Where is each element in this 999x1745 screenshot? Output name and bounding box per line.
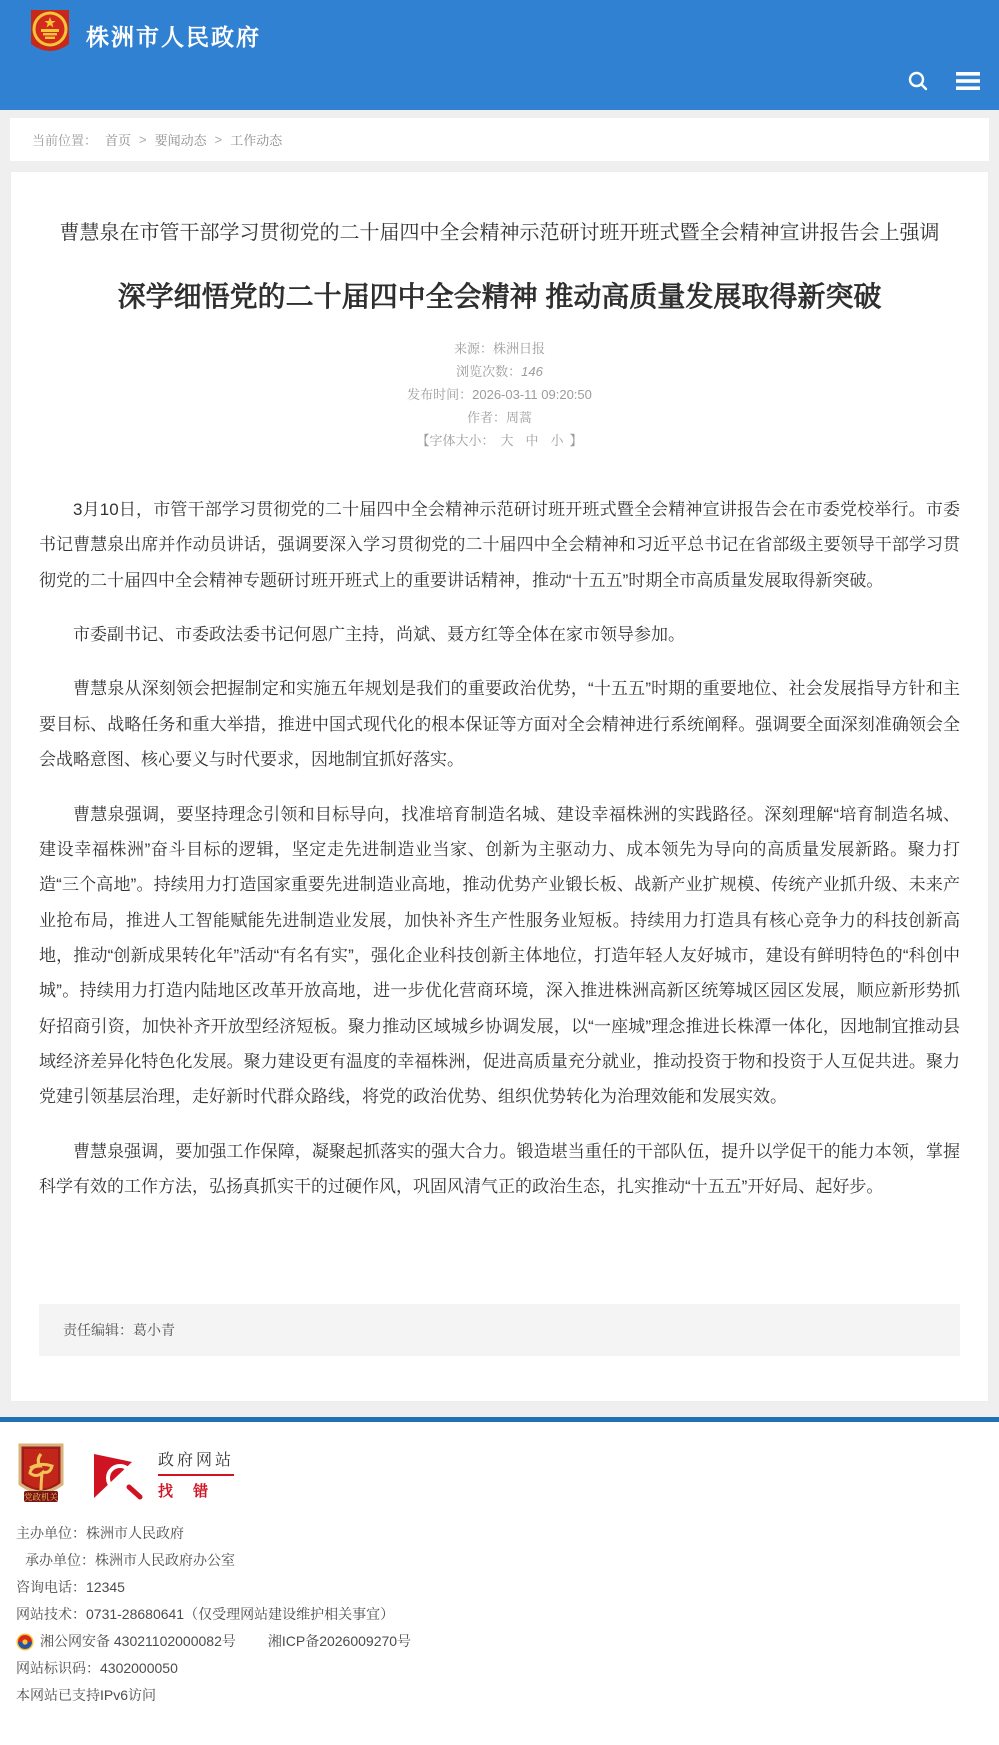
font-size-small-button[interactable]: 小 bbox=[551, 433, 564, 448]
site-title: 株洲市人民政府 bbox=[86, 19, 261, 52]
article-container: 曹慧泉在市管干部学习贯彻党的二十届四中全会精神示范研讨班开班式暨全会精神宣讲报告… bbox=[10, 171, 989, 1402]
meta-source: 来源：株洲日报 bbox=[39, 337, 960, 360]
find-error-text: 政府网站 找 错 bbox=[158, 1447, 234, 1501]
breadcrumb-item-work[interactable]: 工作动态 bbox=[230, 130, 282, 149]
article-paragraph: 3月10日，市管干部学习贯彻党的二十届四中全会精神示范研讨班开班式暨全会精神宣讲… bbox=[39, 492, 960, 598]
national-emblem-icon bbox=[26, 8, 74, 58]
article-paragraph: 曹慧泉从深刻领会把握制定和实施五年规划是我们的重要政治优势，“十五五”时期的重要… bbox=[39, 671, 960, 777]
article-body: 3月10日，市管干部学习贯彻党的二十届四中全会精神示范研讨班开班式暨全会精神宣讲… bbox=[39, 492, 960, 1204]
breadcrumb: 当前位置： 首页 > 要闻动态 > 工作动态 bbox=[10, 118, 989, 161]
meta-author: 作者：周蒿 bbox=[39, 406, 960, 429]
views-count: 146 bbox=[521, 364, 543, 379]
menu-hamburger-icon[interactable] bbox=[955, 68, 981, 94]
meta-views: 浏览次数：146 bbox=[39, 360, 960, 383]
security-beian-link[interactable]: 湘公网安备 43021102000082号 bbox=[40, 1628, 236, 1655]
footer-ipv6-line: 本网站已支持IPv6访问 bbox=[16, 1682, 983, 1709]
footer-host-line: 主办单位：株洲市人民政府 bbox=[16, 1520, 983, 1547]
find-error-magnifier-icon bbox=[92, 1448, 148, 1500]
site-footer: 党政机关 政府网站 找 错 主办单位：株洲市人民政府 承办单位：株洲市人民政府办… bbox=[0, 1422, 999, 1745]
breadcrumb-item-news[interactable]: 要闻动态 bbox=[155, 130, 207, 149]
article-paragraph: 曹慧泉强调，要加强工作保障，凝聚起抓落实的强大合力。锻造堪当重任的干部队伍，提升… bbox=[39, 1134, 960, 1205]
breadcrumb-label: 当前位置： bbox=[32, 130, 97, 149]
breadcrumb-item-home[interactable]: 首页 bbox=[105, 130, 131, 149]
footer-phone-line: 咨询电话：12345 bbox=[16, 1574, 983, 1601]
article-paragraph: 市委副书记、市委政法委书记何恩广主持，尚斌、聂方红等全体在家市领导参加。 bbox=[39, 617, 960, 652]
breadcrumb-separator: > bbox=[139, 132, 147, 147]
footer-tech-line: 网站技术：0731-28680641（仅受理网站建设维护相关事宜） bbox=[16, 1601, 983, 1628]
editor-label: 责任编辑： bbox=[63, 1322, 133, 1338]
find-error-top-label: 政府网站 bbox=[158, 1447, 234, 1476]
meta-publish-time: 发布时间：2026-03-11 09:20:50 bbox=[39, 383, 960, 406]
article-meta: 来源：株洲日报 浏览次数：146 发布时间：2026-03-11 09:20:5… bbox=[39, 337, 960, 452]
article-paragraph: 曹慧泉强调，要坚持理念引领和目标导向，找准培育制造名城、建设幸福株洲的实践路径。… bbox=[39, 797, 960, 1115]
header-toolbar bbox=[905, 68, 981, 94]
page: 株洲市人民政府 当前位置： 首页 > 要闻动态 > 工作动态 bbox=[0, 0, 999, 1745]
article-title: 深学细悟党的二十届四中全会精神 推动高质量发展取得新突破 bbox=[39, 275, 960, 315]
site-header: 株洲市人民政府 bbox=[0, 0, 999, 110]
font-size-medium-button[interactable]: 中 bbox=[525, 433, 538, 448]
font-size-large-button[interactable]: 大 bbox=[500, 433, 513, 448]
find-error-widget[interactable]: 政府网站 找 错 bbox=[92, 1447, 234, 1501]
site-logo[interactable]: 株洲市人民政府 bbox=[26, 8, 261, 58]
breadcrumb-separator: > bbox=[215, 132, 223, 147]
footer-site-code-line: 网站标识码：4302000050 bbox=[16, 1655, 983, 1682]
footer-beian-line: 湘公网安备 43021102000082号 湘ICP备2026009270号 bbox=[16, 1628, 983, 1655]
party-government-badge-icon[interactable]: 党政机关 bbox=[16, 1442, 66, 1506]
font-size-control: 【字体大小：大中小】 bbox=[39, 429, 960, 452]
search-icon[interactable] bbox=[905, 68, 931, 94]
icp-beian-link[interactable]: 湘ICP备2026009270号 bbox=[268, 1628, 411, 1655]
article-subtitle: 曹慧泉在市管干部学习贯彻党的二十届四中全会精神示范研讨班开班式暨全会精神宣讲报告… bbox=[39, 216, 960, 245]
footer-organizer-line: 承办单位：株洲市人民政府办公室 bbox=[16, 1547, 983, 1574]
editor-name: 葛小青 bbox=[133, 1322, 175, 1338]
footer-logos: 党政机关 政府网站 找 错 bbox=[16, 1436, 983, 1520]
find-error-bottom-label: 找 错 bbox=[158, 1480, 234, 1501]
public-security-badge-icon bbox=[16, 1633, 34, 1651]
editor-box: 责任编辑：葛小青 bbox=[39, 1304, 960, 1356]
svg-text:党政机关: 党政机关 bbox=[24, 1492, 59, 1502]
